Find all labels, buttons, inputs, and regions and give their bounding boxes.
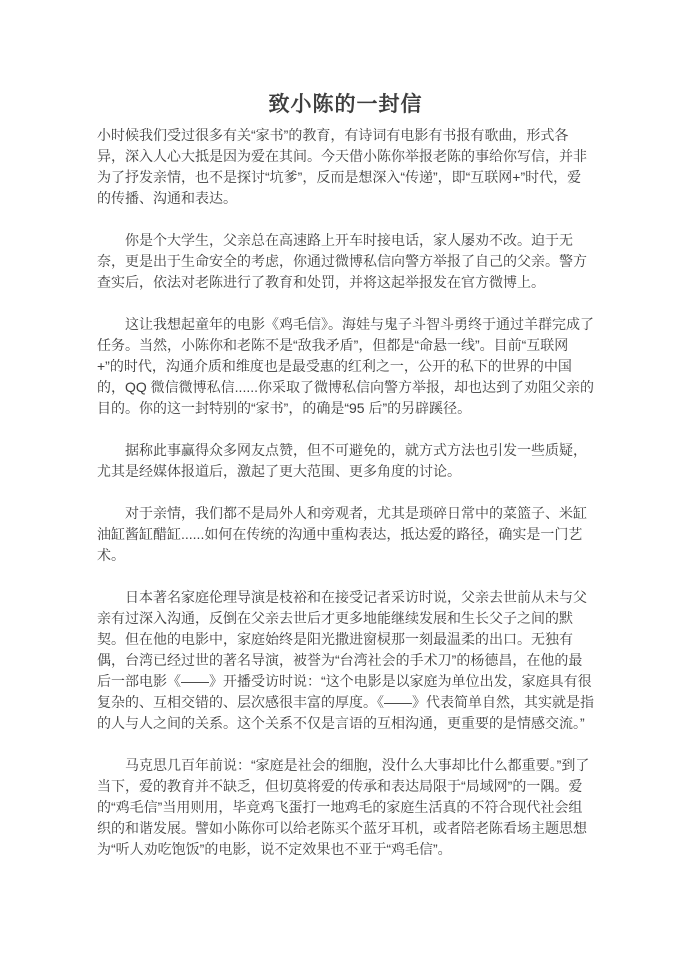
document-body: 小时候我们受过很多有关“家书”的教育，有诗词有电影有书报有歌曲，形式各异，深入人… [97,125,594,860]
paragraph: 马克思几百年前说：“家庭是社会的细胞，没什么大事却比什么都重要。”到了当下，爱的… [97,755,594,860]
paragraph: 这让我想起童年的电影《鸡毛信》。海娃与鬼子斗智斗勇终于通过羊群完成了任务。当然，… [97,314,594,419]
document-title: 致小陈的一封信 [97,90,594,120]
document-page: 致小陈的一封信 小时候我们受过很多有关“家书”的教育，有诗词有电影有书报有歌曲，… [0,0,690,976]
paragraph: 小时候我们受过很多有关“家书”的教育，有诗词有电影有书报有歌曲，形式各异，深入人… [97,125,594,209]
paragraph: 对于亲情，我们都不是局外人和旁观者，尤其是琐碎日常中的菜篮子、米缸油缸酱缸醋缸.… [97,503,594,566]
paragraph: 据称此事赢得众多网友点赞，但不可避免的，就方式方法也引发一些质疑，尤其是经媒体报… [97,440,594,482]
paragraph: 日本著名家庭伦理导演是枝裕和在接受记者采访时说，父亲去世前从未与父亲有过深入沟通… [97,587,594,734]
paragraph: 你是个大学生，父亲总在高速路上开车时接电话，家人屡劝不改。迫于无奈，更是出于生命… [97,230,594,293]
